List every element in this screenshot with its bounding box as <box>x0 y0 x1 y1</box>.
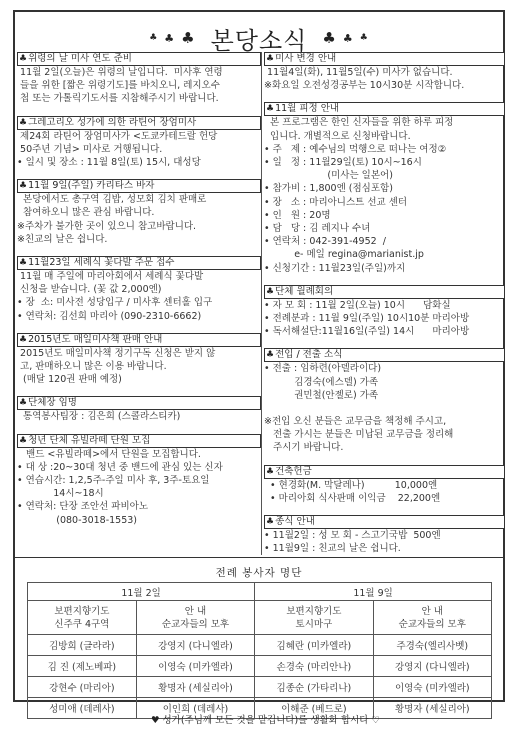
section-line: 전출 가시는 분들은 미납된 교무금을 정리해 <box>264 428 505 441</box>
news-section: ♣단체장 임명 통역봉사팀장 : 김은희 (스콜라스티카) <box>17 396 261 423</box>
section-title: 종식 안내 <box>275 516 315 527</box>
section-line: • 연습시간: 1,2,5주-주일 미사 후, 3주-토요일 <box>17 474 261 487</box>
roster-cell: 손경숙 (마리안나) <box>255 656 373 677</box>
section-header: ♣청년 단체 유빌라떼 단원 모집 <box>17 434 261 448</box>
section-line: 본 프로그램은 한인 신자들을 위한 하루 피정 <box>264 116 505 129</box>
section-line: 11월 2일(오늘)은 위령의 날입니다. 미사후 연령 <box>17 66 261 79</box>
section-line: • 자 모 회 : 11월 2일(오늘) 10시 담화실 <box>264 299 505 312</box>
news-section: ♣2015년도 매일미사책 판매 안내 2015년도 매일미사책 정기구독 신청… <box>17 333 261 387</box>
section-line: (080-3018-1553) <box>17 514 261 527</box>
roster-cell: 이영숙 (미카엘라) <box>136 656 254 677</box>
table-row: 강현수 (마리아) 황명자 (세실리아) 김종순 (가타리나) 이영숙 (미카엘… <box>28 677 492 698</box>
news-section: ♣11월 피정 안내 본 프로그램은 한인 신자들을 위한 하루 피정 입니다.… <box>264 102 505 274</box>
section-line: • 연락처: 단장 조안선 파비아노 <box>17 500 261 513</box>
club-icon: ♣ <box>360 33 369 43</box>
club-icon: ♣ <box>322 29 336 47</box>
section-title: 단체장 임명 <box>28 397 77 408</box>
section-line: ※주차가 불가한 곳이 있으니 참고바랍니다. <box>17 220 261 233</box>
roster-cell: 주경숙(엘리사벳) <box>373 635 491 656</box>
section-line: • 대 상 :20~30대 청년 중 밴드에 관심 있는 신자 <box>17 461 261 474</box>
section-line: ※친교의 날은 쉽니다. <box>17 233 261 246</box>
section-line: 14시~18시 <box>17 487 261 500</box>
section-line: 통역봉사팀장 : 김은희 (스콜라스티카) <box>17 410 261 423</box>
roster-cell: 강현수 (마리아) <box>28 677 137 698</box>
news-section: ♣청년 단체 유빌라떼 단원 모집 밴드 <유빌라떼>에서 단원을 모집합니다.… <box>17 434 261 527</box>
news-section: ♣미사 변경 안내 11월4일(화), 11월5일(수) 미사가 없습니다.※화… <box>264 52 505 92</box>
section-line: e- 메일 regina@marianist.jp <box>264 248 505 261</box>
section-title: 위령의 날 미사 연도 준비 <box>28 53 132 64</box>
section-title: 미사 변경 안내 <box>275 53 336 64</box>
news-section: ♣단체 월례회의• 자 모 회 : 11월 2일(오늘) 10시 담화실• 전례… <box>264 285 505 339</box>
section-line: 11월 매 주일에 마리아회에서 세례식 꽃다발 <box>17 270 261 283</box>
section-line: • 연락처 : 042-391-4952 / <box>264 235 505 248</box>
news-section: ♣그레고리오 성가에 의한 라틴어 장엄미사 제24회 라틴어 장엄미사가 <도… <box>17 116 261 170</box>
section-line: • 장 소 : 마리아니스트 선교 센터 <box>264 196 505 209</box>
club-icon: ♣ <box>343 32 354 45</box>
section-line: 50주년 기념> 미사로 거행됩니다. <box>17 143 261 156</box>
section-line: ※전입 오신 분들은 교무금을 책정해 주시고, <box>264 415 505 428</box>
right-column: ♣미사 변경 안내 11월4일(화), 11월5일(수) 미사가 없습니다.※화… <box>264 52 505 555</box>
club-icon: ♣ <box>19 436 27 446</box>
section-header: ♣종식 안내 <box>264 515 505 529</box>
club-icon: ♣ <box>19 258 27 268</box>
section-line: • 현경화(M. 막달레나) 10,000엔 <box>264 479 505 492</box>
section-header: ♣11월 9일(주일) 카리타스 바자 <box>17 179 261 193</box>
section-header: ♣건축헌금 <box>264 465 505 479</box>
section-header: ♣단체장 임명 <box>17 396 261 410</box>
section-line: • 마리아회 식사판매 이익금 22,200엔 <box>264 492 505 505</box>
section-line: 첩 또는 가톨릭기도서를 지참해주시기 바랍니다. <box>17 92 261 105</box>
section-line: • 전출 : 임하련(아델라이다) <box>264 362 505 375</box>
footer-slogan: ♥ 성가(주님께 모든 것을 맡깁니다)를 생활화 합시다 ♡ <box>0 712 531 726</box>
roster-cell: 김방희 (글라라) <box>28 635 137 656</box>
section-header: ♣단체 월례회의 <box>264 285 505 299</box>
section-line: 고, 판매하오니 많은 이용 바랍니다. <box>17 360 261 373</box>
section-title: 단체 월례회의 <box>275 286 333 297</box>
section-line: • 독서해설단:11월16일(주일) 14시 마리아방 <box>264 325 505 338</box>
section-line: (미사는 일본어) <box>264 169 505 182</box>
section-line: 들을 위한 [짧은 위령기도]를 바치오니, 레지오수 <box>17 79 261 92</box>
club-icon: ♣ <box>266 517 274 527</box>
section-line: ※화요일 오전성경공부는 10시30분 시작합니다. <box>264 79 505 92</box>
section-line: • 연락처: 김선희 마리아 (090-2310-6662) <box>17 310 261 323</box>
club-icon: ♣ <box>266 54 274 64</box>
section-line: 입니다. 개별적으로 신청바랍니다. <box>264 130 505 143</box>
section-header: ♣11월23일 세례식 꽃다발 주문 접수 <box>17 256 261 270</box>
club-icon: ♣ <box>266 287 274 297</box>
roster-header: 보편지향기도신주쿠 4구역 <box>28 601 137 635</box>
section-line: (매달 120권 판매 예정) <box>17 373 261 386</box>
news-section: ♣위령의 날 미사 연도 준비 11월 2일(오늘)은 위령의 날입니다. 미사… <box>17 52 261 106</box>
section-line: • 담 당 : 김 레지나 수녀 <box>264 222 505 235</box>
left-column: ♣위령의 날 미사 연도 준비 11월 2일(오늘)은 위령의 날입니다. 미사… <box>17 52 261 555</box>
club-icon: ♣ <box>266 467 274 477</box>
roster-cell: 강영지 (다니엘라) <box>373 656 491 677</box>
section-line: • 주 제 : 예수님의 먹행으로 떠나는 여정② <box>264 143 505 156</box>
section-title: 전입 / 전출 소식 <box>275 349 342 360</box>
section-line: 2015년도 매일미사책 정기구독 신청은 받지 않 <box>17 347 261 360</box>
section-header: ♣전입 / 전출 소식 <box>264 348 505 362</box>
roster-cell: 김혜란 (미카엘라) <box>255 635 373 656</box>
club-icon: ♣ <box>19 398 27 408</box>
news-section: ♣11월 9일(주일) 카리타스 바자 본당에서도 총구역 김밥, 성모회 김치… <box>17 179 261 246</box>
section-line: 11월4일(화), 11월5일(수) 미사가 없습니다. <box>264 66 505 79</box>
section-line: • 인 원 : 20명 <box>264 209 505 222</box>
roster-date: 11월 2일 <box>28 583 255 601</box>
section-line: 본당에서도 총구역 김밥, 성모회 김치 판매로 <box>17 193 261 206</box>
roster-title: 전례 봉사자 명단 <box>15 565 503 580</box>
section-line: • 11월9일 : 친교의 날은 쉽니다. <box>264 542 505 555</box>
roster-date: 11월 9일 <box>255 583 492 601</box>
section-line: • 일시 및 장소 : 11월 8일(토) 15시, 대성당 <box>17 156 261 169</box>
section-header: ♣2015년도 매일미사책 판매 안내 <box>17 333 261 347</box>
section-line: • 11월2일 : 성 모 회 - 스고기국밥 500엔 <box>264 529 505 542</box>
roster-table: 11월 2일 11월 9일 보편지향기도신주쿠 4구역 안 내순교자들의 모후 … <box>27 582 492 719</box>
section-line <box>264 402 505 415</box>
roster-cell: 이영숙 (미카엘라) <box>373 677 491 698</box>
club-icon: ♣ <box>266 350 274 360</box>
roster-cell: 김 진 (제노베파) <box>28 656 137 677</box>
club-icon: ♣ <box>19 54 27 64</box>
section-title: 11월23일 세례식 꽃다발 주문 접수 <box>28 257 174 268</box>
section-title: 청년 단체 유빌라떼 단원 모집 <box>28 435 150 446</box>
news-section: ♣전입 / 전출 소식• 전출 : 임하련(아델라이다) 김경숙(에스델) 가족… <box>264 348 505 454</box>
roster-header: 안 내순교자들의 모후 <box>373 601 491 635</box>
news-section: ♣11월23일 세례식 꽃다발 주문 접수 11월 매 주일에 마리아회에서 세… <box>17 256 261 323</box>
table-row: 김방희 (글라라) 강영지 (다니엘라) 김혜란 (미카엘라) 주경숙(엘리사벳… <box>28 635 492 656</box>
section-title: 건축헌금 <box>275 466 312 477</box>
section-line: 밴드 <유빌라떼>에서 단원을 모집합니다. <box>17 448 261 461</box>
club-icon: ♣ <box>19 181 27 191</box>
section-header: ♣미사 변경 안내 <box>264 52 505 66</box>
section-line: • 참가비 : 1,800엔 (점심포함) <box>264 182 505 195</box>
section-line: 참여하오니 많은 관심 바랍니다. <box>17 206 261 219</box>
section-line: • 일 정 : 11월29일(토) 10시~16시 <box>264 156 505 169</box>
roster-header: 보편지향기도토시마구 <box>255 601 373 635</box>
news-section: ♣건축헌금 • 현경화(M. 막달레나) 10,000엔 • 마리아회 식사판매… <box>264 465 505 505</box>
bulletin-frame: ♣ ♣ ♣ 본당소식 ♣ ♣ ♣ ♣위령의 날 미사 연도 준비 11월 2일(… <box>13 10 505 702</box>
section-line: 제24회 라틴어 장엄미사가 <도쿄카테드랄 헌당 <box>17 130 261 143</box>
section-title: 그레고리오 성가에 의한 라틴어 장엄미사 <box>28 117 196 128</box>
club-icon: ♣ <box>181 29 195 47</box>
section-line: • 장 소: 미사전 성당입구 / 미사후 센터홀 입구 <box>17 296 261 309</box>
section-line: 김경숙(에스델) 가족 <box>264 376 505 389</box>
roster-cell: 황명자 (세실리아) <box>136 677 254 698</box>
roster-header: 안 내순교자들의 모후 <box>136 601 254 635</box>
title-text: 본당소식 <box>211 21 308 56</box>
club-icon: ♣ <box>266 104 274 114</box>
news-section: ♣종식 안내• 11월2일 : 성 모 회 - 스고기국밥 500엔• 11월9… <box>264 515 505 555</box>
section-title: 11월 피정 안내 <box>275 103 339 114</box>
column-divider <box>261 52 262 555</box>
section-header: ♣11월 피정 안내 <box>264 102 505 116</box>
table-row: 김 진 (제노베파) 이영숙 (미카엘라) 손경숙 (마리안나) 강영지 (다니… <box>28 656 492 677</box>
section-title: 11월 9일(주일) 카리타스 바자 <box>28 180 154 191</box>
club-icon: ♣ <box>164 32 175 45</box>
section-line: 신청을 받습니다. (꽃 값 2,000엔) <box>17 283 261 296</box>
club-icon: ♣ <box>149 33 158 43</box>
section-line: • 전례분과 : 11월 9일(주일) 10시10분 마리아방 <box>264 312 505 325</box>
section-divider <box>15 557 503 558</box>
club-icon: ♣ <box>19 335 27 345</box>
section-line: • 신청기간 : 11월23일(주일)까지 <box>264 262 505 275</box>
section-header: ♣위령의 날 미사 연도 준비 <box>17 52 261 66</box>
section-line: 주시기 바랍니다. <box>264 441 505 454</box>
roster-cell: 강영지 (다니엘라) <box>136 635 254 656</box>
roster-cell: 김종순 (가타리나) <box>255 677 373 698</box>
page-title: ♣ ♣ ♣ 본당소식 ♣ ♣ ♣ <box>15 22 503 54</box>
club-icon: ♣ <box>19 118 27 128</box>
section-header: ♣그레고리오 성가에 의한 라틴어 장엄미사 <box>17 116 261 130</box>
section-title: 2015년도 매일미사책 판매 안내 <box>28 334 162 345</box>
section-line: 권민철(안젤로) 가족 <box>264 389 505 402</box>
